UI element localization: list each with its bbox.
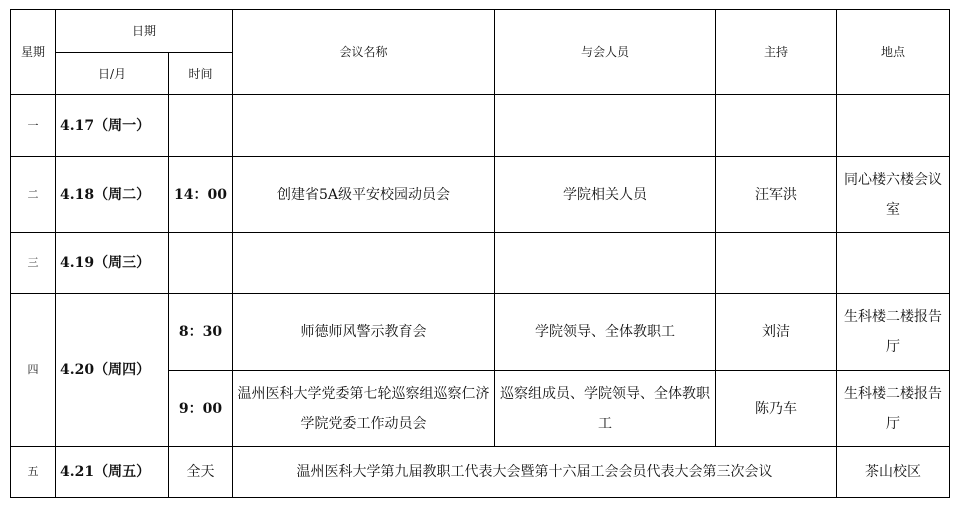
date-cell: 4.17（周一） [56, 95, 169, 157]
location-cell: 同心楼六楼会议室 [837, 157, 950, 233]
host-cell: 汪军洪 [716, 157, 837, 233]
time-cell: 9：00 [169, 371, 233, 447]
time-cell: 全天 [169, 447, 233, 498]
date-cell: 4.20（周四） [56, 294, 169, 447]
weekday-cell: 四 [11, 294, 56, 447]
location-cell: 生科楼二楼报告厅 [837, 371, 950, 447]
meeting-cell [233, 233, 495, 294]
meeting-cell: 温州医科大学第九届教职工代表大会暨第十六届工会会员代表大会第三次会议 [233, 447, 837, 498]
header-time: 时间 [169, 53, 233, 95]
attendees-cell: 学院相关人员 [495, 157, 716, 233]
weekday-cell: 一 [11, 95, 56, 157]
header-date-group: 日期 [56, 10, 233, 53]
table-row: 四 4.20（周四） 8：30 师德师风警示教育会 学院领导、全体教职工 刘洁 … [11, 294, 950, 371]
host-cell: 刘洁 [716, 294, 837, 371]
weekday-cell: 二 [11, 157, 56, 233]
weekday-cell: 三 [11, 233, 56, 294]
attendees-cell [495, 233, 716, 294]
header-attendees: 与会人员 [495, 10, 716, 95]
table-row: 三 4.19（周三） [11, 233, 950, 294]
table-row: 五 4.21（周五） 全天 温州医科大学第九届教职工代表大会暨第十六届工会会员代… [11, 447, 950, 498]
weekly-meeting-schedule-table: 星期 日期 会议名称 与会人员 主持 地点 日/月 时间 一 4.17（周一） … [10, 9, 950, 498]
header-host: 主持 [716, 10, 837, 95]
header-day-month: 日/月 [56, 53, 169, 95]
date-cell: 4.21（周五） [56, 447, 169, 498]
header-meeting-name: 会议名称 [233, 10, 495, 95]
time-cell: 8：30 [169, 294, 233, 371]
table-row: 一 4.17（周一） [11, 95, 950, 157]
attendees-cell [495, 95, 716, 157]
location-cell [837, 233, 950, 294]
attendees-cell: 学院领导、全体教职工 [495, 294, 716, 371]
time-cell: 14：00 [169, 157, 233, 233]
attendees-cell: 巡察组成员、学院领导、全体教职工 [495, 371, 716, 447]
header-weekday: 星期 [11, 10, 56, 95]
location-cell: 生科楼二楼报告厅 [837, 294, 950, 371]
location-cell: 茶山校区 [837, 447, 950, 498]
host-cell: 陈乃车 [716, 371, 837, 447]
host-cell [716, 233, 837, 294]
date-cell: 4.19（周三） [56, 233, 169, 294]
date-cell: 4.18（周二） [56, 157, 169, 233]
host-cell [716, 95, 837, 157]
meeting-cell: 师德师风警示教育会 [233, 294, 495, 371]
time-cell [169, 95, 233, 157]
meeting-cell [233, 95, 495, 157]
meeting-cell: 创建省5A级平安校园动员会 [233, 157, 495, 233]
time-cell [169, 233, 233, 294]
weekday-cell: 五 [11, 447, 56, 498]
location-cell [837, 95, 950, 157]
meeting-cell: 温州医科大学党委第七轮巡察组巡察仁济学院党委工作动员会 [233, 371, 495, 447]
table-row: 二 4.18（周二） 14：00 创建省5A级平安校园动员会 学院相关人员 汪军… [11, 157, 950, 233]
header-location: 地点 [837, 10, 950, 95]
